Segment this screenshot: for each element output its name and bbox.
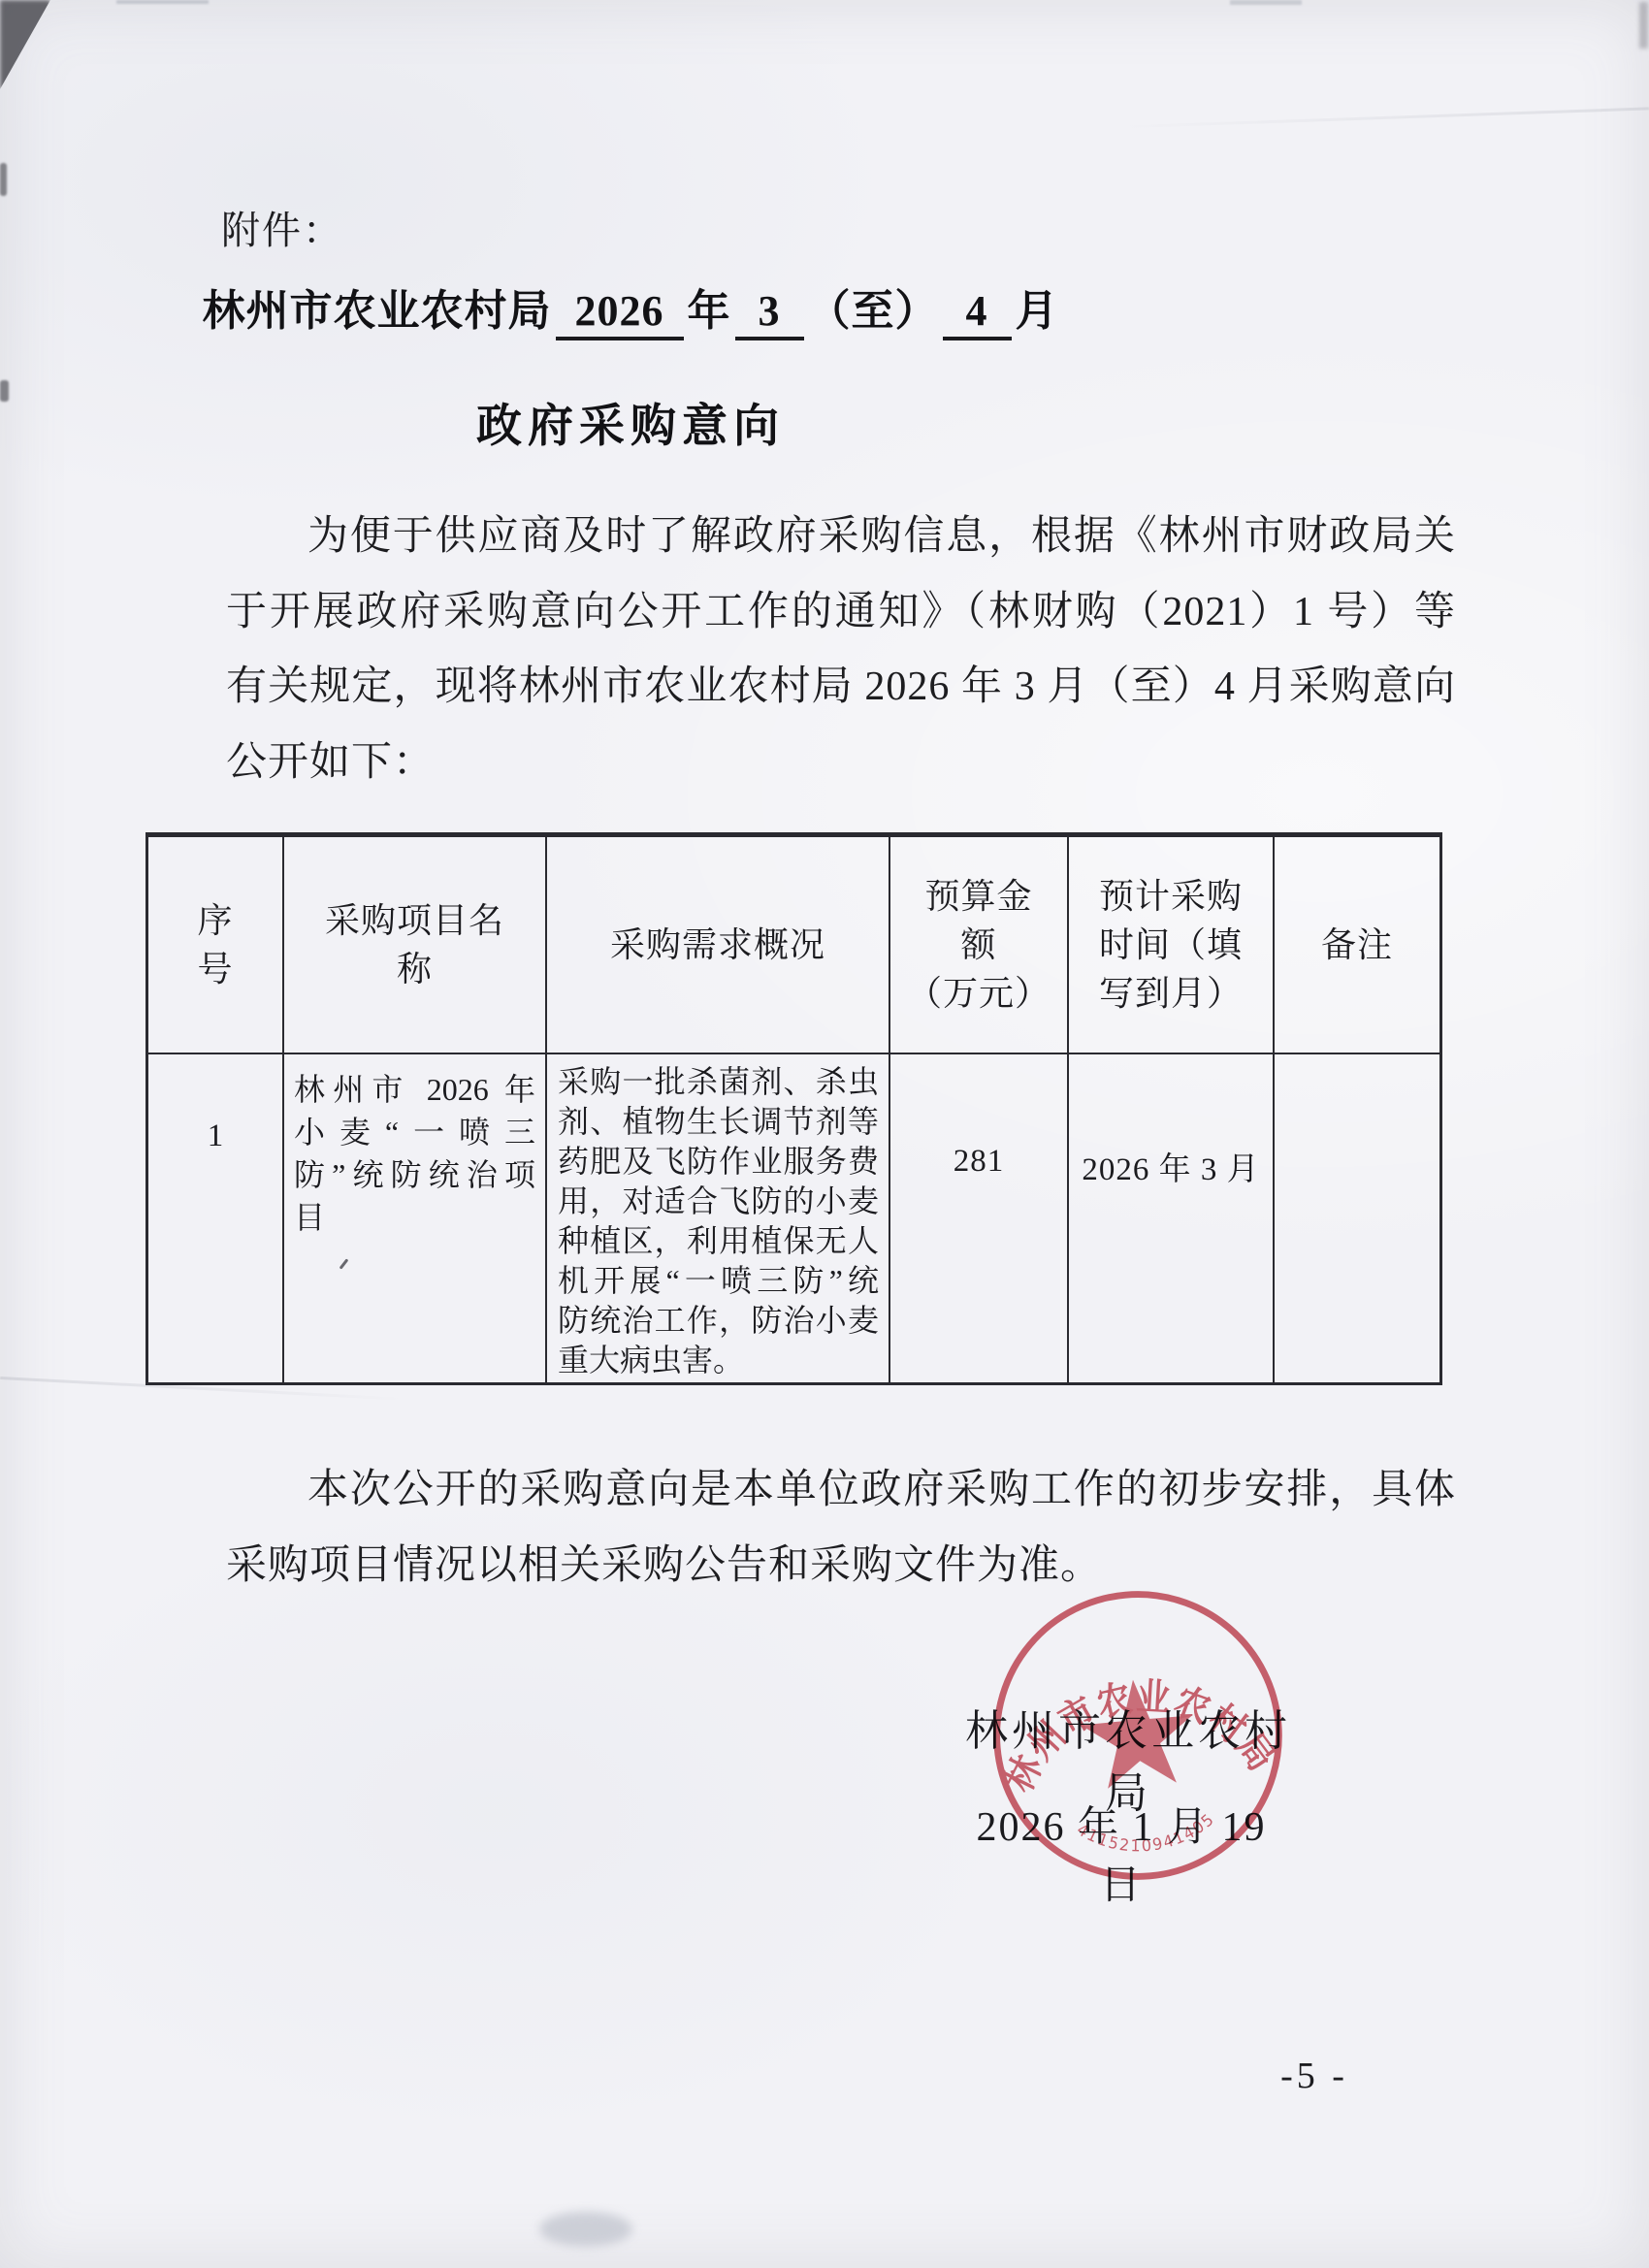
title-to-label: （至） xyxy=(808,287,939,335)
row-cell-time: 2026 年 3 月 xyxy=(1067,1053,1273,1382)
col-header-budget: 预算金 额 （万元） xyxy=(889,835,1067,1053)
row-cell-project-name: 林州市 2026 年 小麦“一喷三 防”统防统治项 目 xyxy=(282,1053,545,1382)
scan-corner-smudge xyxy=(0,0,50,89)
title-month-from-underlined: 3 xyxy=(735,287,804,340)
procurement-table: 序 号 采购项目名 称 采购需求概况 预算金 额 （万元） 预计采购 时间（填 … xyxy=(145,832,1442,1385)
col-header-time: 预计采购 时间（填 写到月） xyxy=(1067,835,1273,1053)
project-name-line: 小麦“一喷三 xyxy=(294,1111,535,1153)
time-value: 2026 年 3 月 xyxy=(1082,1144,1259,1382)
project-name-line: 林州市 2026 年 xyxy=(294,1068,535,1111)
closing-paragraph: 本次公开的采购意向是本单位政府采购工作的初步安排，具体 采购项目情况以相关采购公… xyxy=(226,1453,1456,1604)
scan-edge-streak xyxy=(116,0,209,4)
scan-smudge xyxy=(539,2212,632,2247)
closing-line: 本次公开的采购意向是本单位政府采购工作的初步安排，具体 xyxy=(226,1453,1456,1529)
scan-edge-speck xyxy=(1639,2,1648,49)
page-number: -5 - xyxy=(1217,2055,1411,2097)
title-year-unit: 年 xyxy=(688,287,731,335)
intro-line: 公开如下： xyxy=(226,726,1456,801)
col-header-index: 序 号 xyxy=(148,835,282,1053)
intro-line: 有关规定，现将林州市农业农村局 2026 年 3 月（至）4 月采购意向 xyxy=(226,650,1456,726)
signature-date: 2026 年 1 月 19 日 xyxy=(951,1795,1292,1911)
scan-edge-streak xyxy=(1230,0,1302,5)
summary-line: 防统治工作，防治小麦 xyxy=(558,1301,879,1341)
scan-crease xyxy=(1115,107,1649,128)
summary-line: 剂、植物生长调节剂等 xyxy=(558,1102,879,1142)
row-cell-remark xyxy=(1273,1053,1439,1382)
summary-line: 采购一批杀菌剂、杀虫 xyxy=(558,1062,879,1102)
title-org: 林州市农业农村局 xyxy=(203,287,552,335)
intro-paragraph: 为便于供应商及时了解政府采购信息，根据《林州市财政局关 于开展政府采购意向公开工… xyxy=(226,500,1456,800)
closing-line: 采购项目情况以相关采购公告和采购文件为准。 xyxy=(226,1529,1456,1604)
intro-line: 为便于供应商及时了解政府采购信息，根据《林州市财政局关 xyxy=(226,500,1456,575)
row-cell-index: 1 xyxy=(148,1053,282,1382)
scan-edge-speck xyxy=(0,163,7,196)
budget-value: 281 xyxy=(954,1144,1005,1382)
project-name-line: 目 xyxy=(294,1196,535,1239)
col-header-summary: 采购需求概况 xyxy=(545,835,889,1053)
project-name-line: 防”统防统治项 xyxy=(294,1153,535,1196)
scanned-document-page: 附件： 林州市农业农村局2026年3（至）4月 政府采购意向 为便于供应商及时了… xyxy=(0,0,1649,2268)
document-title: 林州市农业农村局2026年3（至）4月 xyxy=(0,275,1261,340)
intro-line: 于开展政府采购意向公开工作的通知》（林财购（2021）1 号）等 xyxy=(226,575,1456,651)
title-month-to-underlined: 4 xyxy=(943,287,1012,340)
title-month-unit: 月 xyxy=(1016,287,1059,335)
row-cell-summary: 采购一批杀菌剂、杀虫 剂、植物生长调节剂等 药肥及飞防作业服务费 用，对适合飞防… xyxy=(545,1053,889,1382)
col-header-remark: 备注 xyxy=(1273,835,1439,1053)
title-year-underlined: 2026 xyxy=(556,287,684,340)
summary-line: 种植区，利用植保无人 xyxy=(558,1221,879,1261)
col-header-project-name: 采购项目名 称 xyxy=(282,835,545,1053)
row-cell-budget: 281 xyxy=(889,1053,1067,1382)
summary-line: 机开展“一喷三防”统 xyxy=(558,1261,879,1301)
document-subtitle: 政府采购意向 xyxy=(0,390,1261,455)
attachment-label: 附件： xyxy=(221,200,343,255)
summary-line: 用，对适合飞防的小麦 xyxy=(558,1182,879,1221)
row-index-value: 1 xyxy=(208,1118,224,1382)
summary-line: 重大病虫害。 xyxy=(558,1341,879,1380)
summary-line: 药肥及飞防作业服务费 xyxy=(558,1142,879,1182)
